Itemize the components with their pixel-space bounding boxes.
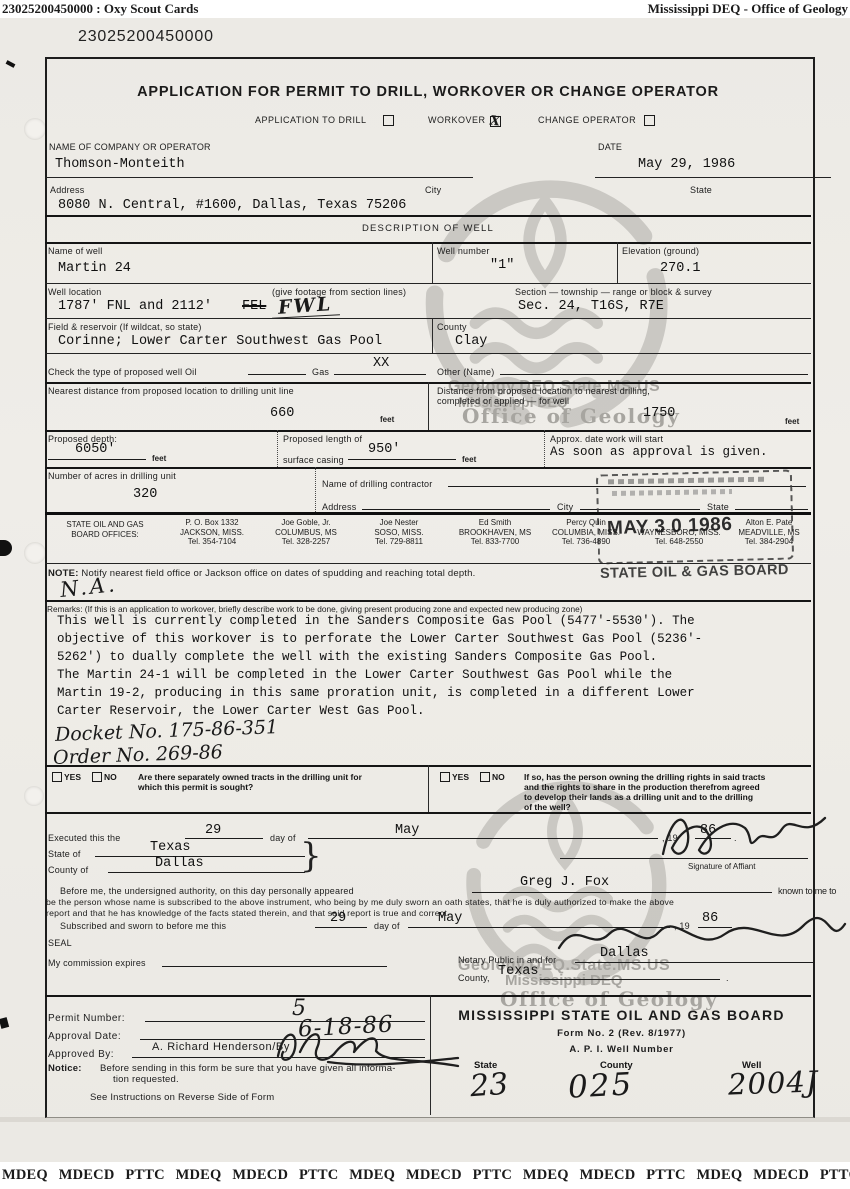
rights-no-checkbox: [480, 772, 490, 782]
office-line: COLUMBIA, MISS.: [552, 528, 620, 537]
well-number-value: "1": [490, 258, 514, 273]
field-reservoir-label: Field & reservoir (If wildcat, so state): [48, 322, 202, 332]
rights-yes-checkbox: [440, 772, 450, 782]
checkbox-workover-label: WORKOVER: [428, 115, 486, 125]
board-office: Percy Quin COLUMBIA, MISS. Tel. 736-4890: [540, 518, 632, 547]
signature-of-affiant-label: Signature of Affiant: [688, 862, 755, 871]
rule: [45, 242, 811, 244]
see-instructions: See Instructions on Reverse Side of Form: [90, 1092, 274, 1103]
acres-value: 320: [133, 487, 157, 502]
affiant-signature: [655, 806, 830, 864]
fill-line: [500, 374, 808, 375]
tracts-yes-label: YES: [64, 772, 81, 782]
office-line: Tel. 328-2257: [282, 537, 330, 546]
divider: [428, 382, 429, 430]
remarks-line: Martin 19-2, producing in this same pror…: [57, 686, 695, 700]
permit-number-label: Permit Number:: [48, 1013, 125, 1024]
office-line: BROOKHAVEN, MS: [459, 528, 531, 537]
divider: [617, 242, 618, 283]
scan-edge-mark: [0, 1017, 9, 1029]
notice-line1: Before sending in this form be sure that…: [100, 1063, 396, 1074]
tracts-question-line2: which this permit is sought?: [138, 782, 253, 792]
note-body: Notify nearest field office or Jackson o…: [81, 568, 475, 579]
fill-line: [348, 459, 456, 460]
distance-nearest-well-value: 1750: [643, 406, 675, 421]
notary-public-value: Dallas: [600, 946, 649, 961]
divider: [428, 765, 429, 812]
divider: [432, 318, 433, 353]
well-type-label: Check the type of proposed well Oil: [48, 367, 197, 377]
scanned-document: Geology.DEQ.State.MS.US Mississippi DEQ …: [0, 18, 850, 1162]
punch-hole: [24, 542, 46, 564]
field-reservoir-value: Corinne; Lower Carter Southwest Gas Pool: [58, 334, 382, 349]
rule: [45, 177, 473, 178]
fill-line: [575, 962, 815, 963]
county-of-label: County of: [48, 865, 88, 875]
state-label: State: [690, 185, 712, 195]
address-label: Address: [50, 185, 84, 195]
work-start-value: As soon as approval is given.: [550, 445, 768, 459]
office-line: MEADVILLE, MS: [738, 528, 799, 537]
notary-paragraph-p2: known to me to: [778, 886, 836, 896]
scan-edge-mark: [6, 60, 16, 68]
checkbox-drill-label: APPLICATION TO DRILL: [255, 115, 367, 125]
rights-question-line3: to develop their lands as a drilling uni…: [524, 792, 753, 802]
office-line: Ed Smith: [479, 518, 511, 527]
well-type-gas-label: Gas: [312, 367, 329, 377]
notary-paragraph-p1: Before me, the undersigned authority, on…: [60, 886, 354, 896]
api-state-value-handwritten: 23: [469, 1067, 510, 1105]
distance-nearest-well-label2: completed or applied — for well: [437, 396, 569, 406]
fill-line: [308, 838, 658, 839]
rule: [45, 512, 811, 515]
tracts-yes-checkbox: [52, 772, 62, 782]
surface-casing-label1: Proposed length of: [283, 434, 362, 444]
signature-line: [560, 858, 808, 859]
feet-unit: feet: [462, 455, 476, 464]
rule: [45, 318, 811, 319]
city-label: City: [425, 185, 441, 195]
rights-question-line2: and the rights to share in the productio…: [524, 782, 760, 792]
surface-casing-label2: surface casing: [283, 455, 344, 465]
date-label: DATE: [598, 142, 622, 152]
approved-by-label: Approved By:: [48, 1049, 114, 1060]
fill-line: [362, 509, 550, 510]
remarks-line: The Martin 24-1 will be completed in the…: [57, 668, 672, 682]
surface-casing-value: 950': [368, 442, 400, 457]
description-of-well-header: DESCRIPTION OF WELL: [45, 223, 811, 234]
checkbox-drill: [383, 115, 394, 126]
punch-hole: [24, 786, 44, 806]
notice-label: Notice:: [48, 1063, 82, 1074]
viewer-header: 23025200450000 : Oxy Scout Cards Mississ…: [0, 0, 850, 18]
form-title: APPLICATION FOR PERMIT TO DRILL, WORKOVE…: [45, 84, 811, 100]
office-line: JACKSON, MISS.: [180, 528, 244, 537]
well-location-label: Well location: [48, 287, 101, 297]
fill-line: [334, 374, 426, 375]
sworn-month: May: [438, 911, 462, 926]
feet-unit: feet: [152, 454, 166, 463]
rights-question-line4: of the well?: [524, 802, 571, 812]
well-location-value: 1787' FNL and 2112': [58, 299, 212, 314]
elevation-value: 270.1: [660, 261, 701, 276]
executed-day: 29: [205, 823, 221, 838]
executed-prefix: Executed this the: [48, 833, 120, 843]
board-office: P. O. Box 1332 JACKSON, MISS. Tel. 354-7…: [166, 518, 258, 547]
nearest-distance-label: Nearest distance from proposed location …: [48, 386, 294, 396]
checkbox-change: [644, 115, 655, 126]
notice-line2: tion requested.: [113, 1074, 179, 1085]
office-line: Joe Nester: [380, 518, 419, 527]
work-start-label: Approx. date work will start: [550, 434, 663, 444]
well-type-gas-value: XX: [373, 356, 389, 371]
remarks-line: Carter Reservoir, the Lower Carter West …: [57, 704, 425, 718]
api-well-value-handwritten: 2004J: [727, 1064, 819, 1101]
viewer-header-right: Mississippi DEQ - Office of Geology: [648, 0, 848, 17]
seal-label: SEAL: [48, 938, 72, 948]
notary-county-label: County,: [458, 973, 490, 983]
county-of-value: Dallas: [155, 856, 204, 871]
office-line: P. O. Box 1332: [185, 518, 238, 527]
tracts-no-label: NO: [104, 772, 117, 782]
executed-mid: day of: [270, 833, 296, 843]
nearest-distance-value: 660: [270, 406, 294, 421]
contractor-name-label: Name of drilling contractor: [322, 479, 432, 489]
punch-hole: [24, 118, 46, 140]
executed-month: May: [395, 823, 419, 838]
brace: }: [300, 836, 322, 876]
fill-line: [315, 927, 367, 928]
rights-yes-label: YES: [452, 772, 469, 782]
office-line: Alton E. Pate: [746, 518, 793, 527]
rights-no-label: NO: [492, 772, 505, 782]
address-value: 8080 N. Central, #1600, Dallas, Texas 75…: [58, 198, 406, 213]
board-offices-label-line1: STATE OIL AND GAS: [66, 520, 143, 529]
well-type-other-label: Other (Name): [437, 367, 494, 377]
well-number-label: Well number: [437, 246, 490, 256]
section-label: Section — township — range or block & su…: [515, 287, 712, 297]
office-line: Tel. 729-8811: [375, 537, 423, 546]
notary-paragraph-line3: report and that he has knowledge of the …: [46, 908, 450, 918]
proposed-depth-value: 6050': [75, 442, 116, 457]
sworn-mid: day of: [374, 921, 400, 931]
name-of-well-label: Name of well: [48, 246, 102, 256]
company-label: NAME OF COMPANY OR OPERATOR: [49, 142, 211, 152]
api-well-number-label: A. P. I. Well Number: [432, 1044, 811, 1055]
board-offices-label-line2: BOARD OFFICES:: [71, 530, 139, 539]
appeared-name: Greg J. Fox: [520, 875, 609, 890]
office-line: SOSO, MISS.: [374, 528, 423, 537]
divider: [315, 467, 316, 512]
office-line: Tel. 354-7104: [188, 537, 236, 546]
rule: [45, 467, 811, 469]
approval-date-label: Approval Date:: [48, 1031, 121, 1042]
msogb-title: MISSISSIPPI STATE OIL AND GAS BOARD: [432, 1007, 811, 1023]
fill-line: [185, 838, 263, 839]
office-line: Tel. 736-4890: [562, 537, 610, 546]
company-value: Thomson-Monteith: [55, 157, 185, 172]
rule: [45, 353, 811, 354]
county-value: Clay: [455, 334, 487, 349]
board-office: Joe Nester SOSO, MISS. Tel. 729-8811: [355, 518, 443, 547]
fill-line: [472, 892, 772, 893]
rule: [45, 215, 811, 217]
scan-number: 23025200450000: [78, 28, 214, 46]
office-line: Tel. 833-7700: [471, 537, 519, 546]
sworn-day: 29: [330, 911, 346, 926]
api-county-value-handwritten: 025: [567, 1066, 634, 1105]
section-value: Sec. 24, T16S, R7E: [518, 299, 664, 314]
remarks-line: This well is currently completed in the …: [57, 614, 695, 628]
county-label: County: [437, 322, 467, 332]
viewer-footer: MDEQ MDECD PTTC MDEQ MDECD PTTC MDEQ MDE…: [0, 1162, 850, 1189]
tracts-question-line1: Are there separately owned tracts in the…: [138, 772, 362, 782]
rule: [595, 177, 831, 178]
rule: [45, 283, 811, 284]
remarks-line: objective of this workover is to perfora…: [57, 632, 702, 646]
tracts-no-checkbox: [92, 772, 102, 782]
feet-unit: feet: [785, 417, 799, 426]
board-office: Ed Smith BROOKHAVEN, MS Tel. 833-7700: [448, 518, 542, 547]
viewer-footer-text: MDEQ MDECD PTTC MDEQ MDECD PTTC MDEQ MDE…: [2, 1167, 850, 1183]
distance-nearest-well-label1: Distance from proposed location to neare…: [437, 386, 650, 396]
notary-paragraph-line2: be the person whose name is subscribed t…: [46, 897, 674, 907]
rule: [45, 995, 811, 997]
office-line: Joe Goble, Jr.: [281, 518, 330, 527]
feet-unit: feet: [380, 415, 394, 424]
fill-line: [108, 872, 305, 873]
sworn-prefix: Subscribed and sworn to before me this: [60, 921, 226, 931]
office-line: WAYNESBORO, MISS.: [637, 528, 721, 537]
office-line: Tel. 384-2904: [745, 537, 793, 546]
fill-line: [540, 979, 720, 980]
remarks-label: Remarks: (If this is an application to w…: [47, 604, 582, 614]
rights-question-line1: If so, has the person owning the drillin…: [524, 772, 765, 782]
well-location-struck: FEL: [242, 299, 266, 314]
viewer-header-left: 23025200450000 : Oxy Scout Cards: [2, 0, 198, 17]
state-of-value: Texas: [150, 840, 191, 855]
rule: [45, 430, 811, 432]
scan-edge-mark: [0, 540, 12, 556]
form-no: Form No. 2 (Rev. 8/1977): [432, 1028, 811, 1039]
elevation-label: Elevation (ground): [622, 246, 699, 256]
notary-county-dot: .: [726, 973, 729, 983]
rule: [45, 600, 811, 602]
commission-label: My commission expires: [48, 958, 146, 968]
checkbox-workover-mark: X: [489, 114, 501, 130]
state-of-label: State of: [48, 849, 81, 859]
divider: [277, 430, 278, 467]
name-of-well-value: Martin 24: [58, 261, 131, 276]
divider: [544, 430, 545, 467]
board-office: Joe Goble, Jr. COLUMBUS, MS Tel. 328-225…: [260, 518, 352, 547]
fill-line: [162, 966, 387, 967]
date-value: May 29, 1986: [638, 157, 735, 172]
notary-county-value: Texas: [498, 964, 539, 979]
contractor-address-label: Address: [322, 502, 356, 512]
acres-label: Number of acres in drilling unit: [48, 471, 176, 481]
checkbox-change-label: CHANGE OPERATOR: [538, 115, 636, 125]
office-line: COLUMBUS, MS: [275, 528, 337, 537]
remarks-line: 5262') to dually complete the well with …: [57, 650, 657, 664]
board-office: WAYNESBORO, MISS. Tel. 648-2550: [628, 518, 730, 547]
fill-line: [248, 374, 306, 375]
rule: [45, 563, 811, 564]
divider: [432, 242, 433, 283]
fill-line: [48, 459, 146, 460]
contractor-city-label: City: [557, 502, 573, 512]
board-offices-label: STATE OIL AND GAS BOARD OFFICES:: [50, 520, 160, 539]
office-line: Tel. 648-2550: [655, 537, 703, 546]
office-line: Percy Quin: [566, 518, 606, 527]
board-office: Alton E. Pate MEADVILLE, MS Tel. 384-290…: [730, 518, 808, 547]
